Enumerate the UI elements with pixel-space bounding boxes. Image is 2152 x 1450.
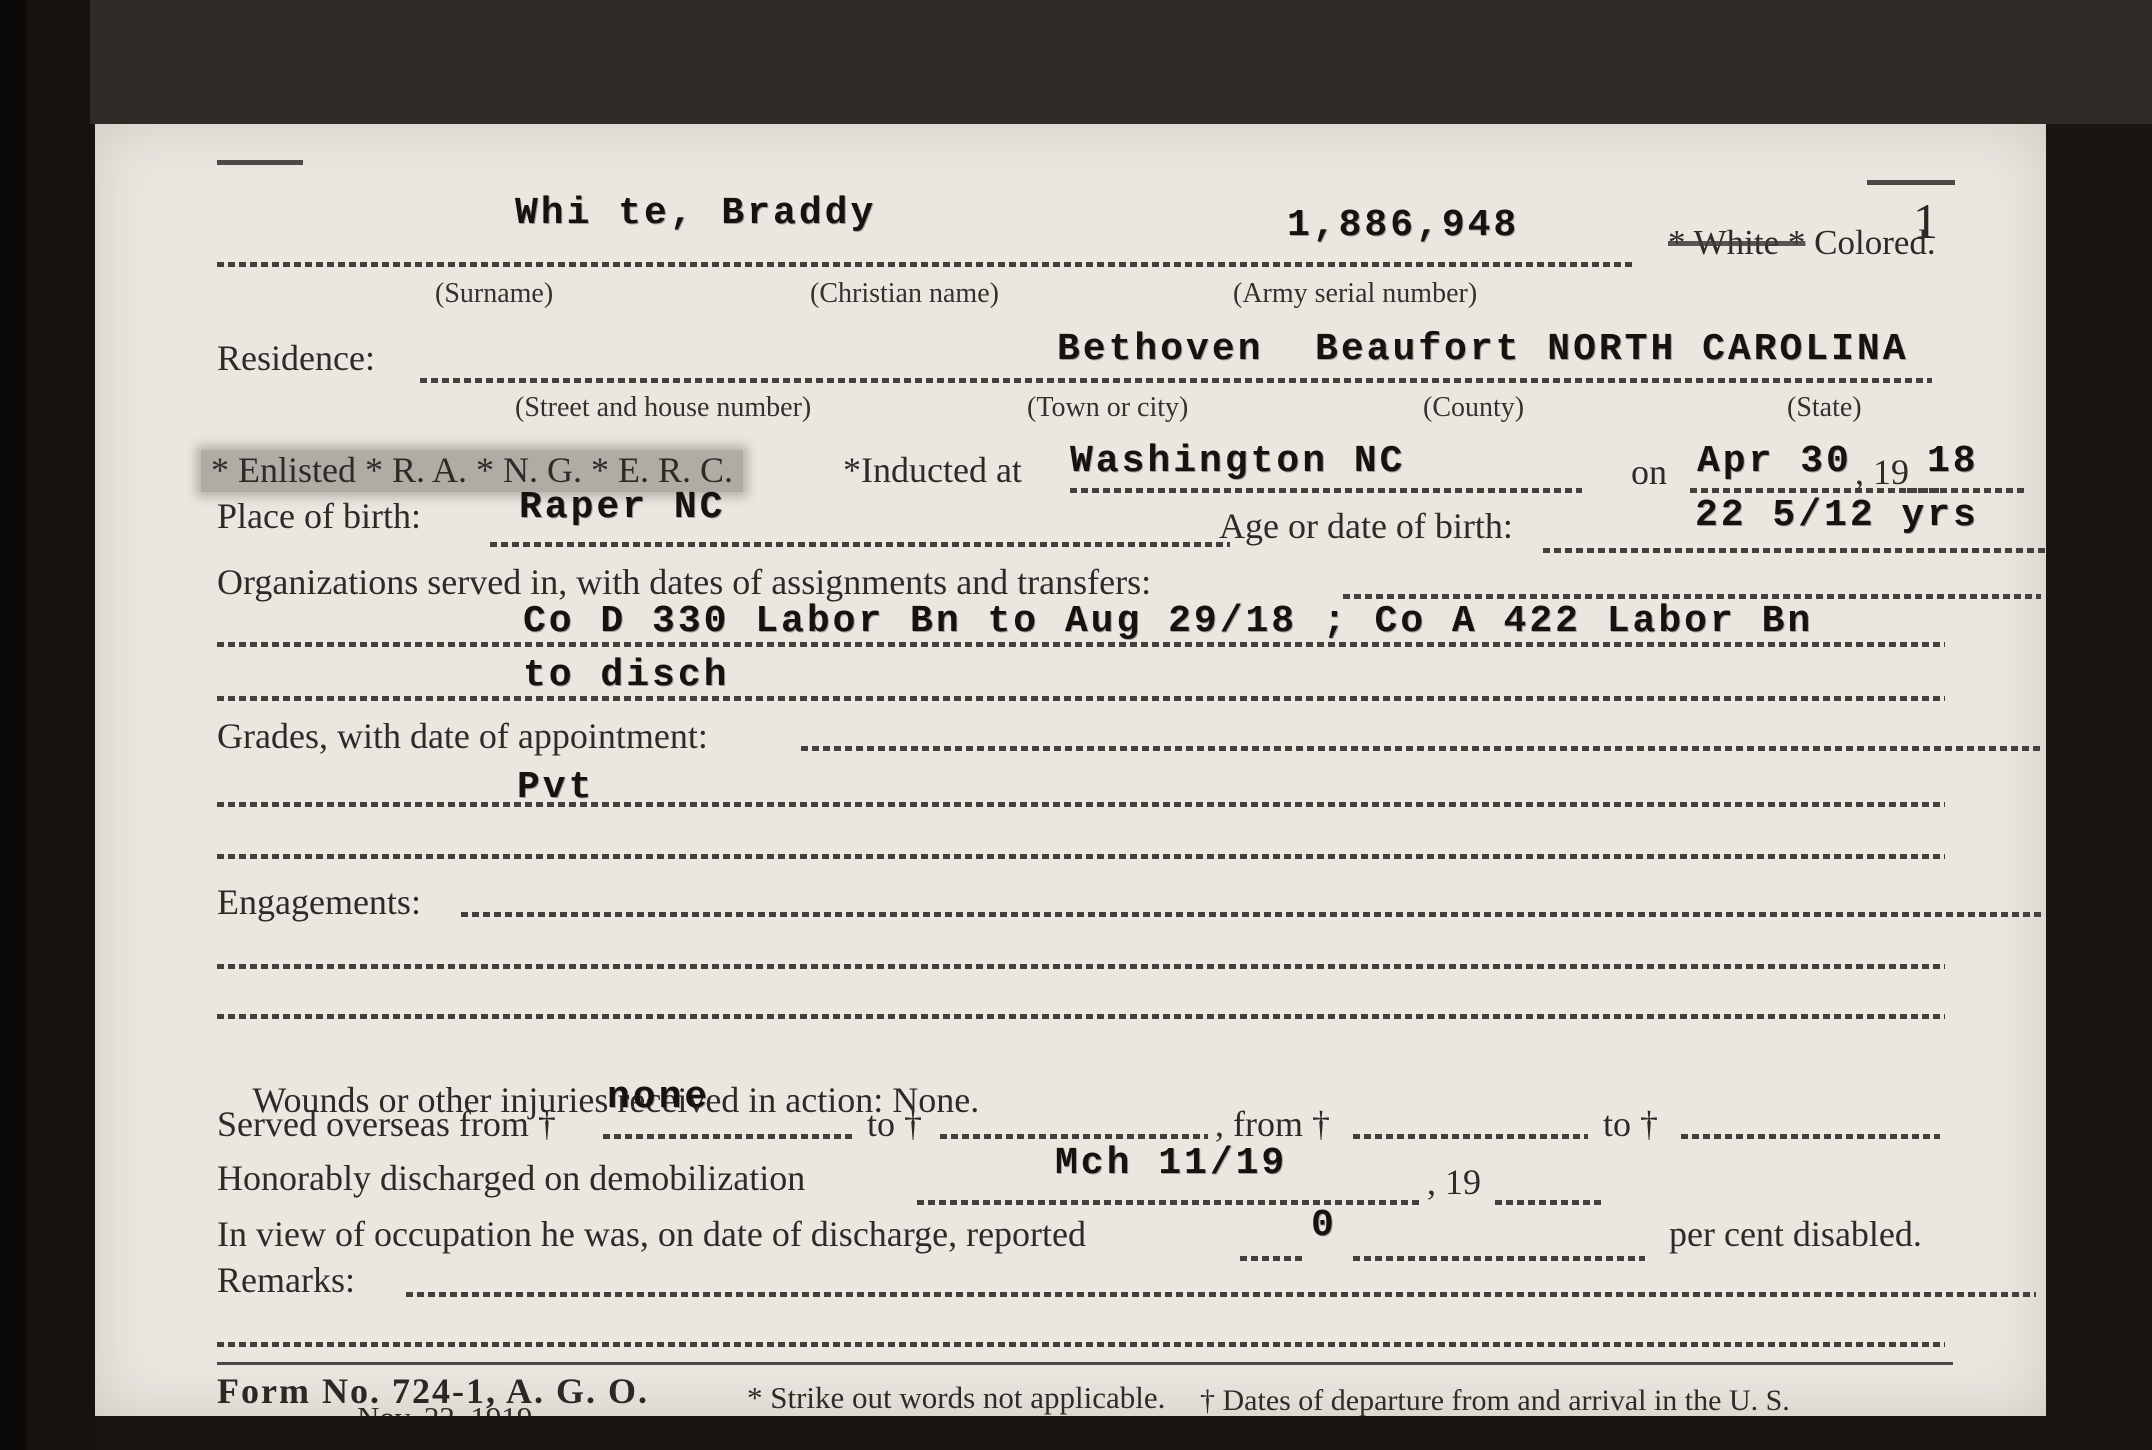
overseas-label-2: to † xyxy=(867,1106,922,1144)
remarks-line xyxy=(406,1292,2036,1297)
overseas-blank-4 xyxy=(1681,1134,1940,1139)
discharge-date-value: Mch 11/19 xyxy=(1055,1142,1287,1185)
disability-line-a xyxy=(1240,1256,1306,1261)
disability-line-b xyxy=(1353,1256,1645,1261)
organizations-label: Organizations served in, with dates of a… xyxy=(217,564,1151,602)
overseas-blank-1 xyxy=(603,1134,853,1139)
name-ruled-line xyxy=(217,262,1635,267)
remarks-label: Remarks: xyxy=(217,1262,355,1300)
name-value: Whi te, Braddy xyxy=(515,192,876,235)
footnote-strike-out: * Strike out words not applicable. xyxy=(747,1380,1165,1416)
residence-label: Residence: xyxy=(217,340,375,378)
residence-value: Bethoven Beaufort NORTH CAROLINA xyxy=(1057,328,1909,371)
engagements-rule-1 xyxy=(217,964,1945,969)
discharge-label: Honorably discharged on demobilization xyxy=(217,1160,805,1198)
race-line: * White * Colored. xyxy=(1633,188,1936,298)
induction-year-line xyxy=(1907,488,2027,493)
state-label: (State) xyxy=(1787,392,1862,424)
place-of-birth-line xyxy=(490,542,1230,547)
service-record-card: 1 Whi te, Braddy 1,886,948 (Surname) (Ch… xyxy=(95,124,2046,1416)
grades-rule-2 xyxy=(217,854,1945,859)
grades-rule-1 xyxy=(217,802,1945,807)
engagements-label: Engagements: xyxy=(217,884,421,922)
overseas-blank-3 xyxy=(1353,1134,1588,1139)
on-label: on xyxy=(1631,454,1667,492)
disability-label: In view of occupation he was, on date of… xyxy=(217,1216,1086,1254)
discharge-year-line xyxy=(1495,1200,1605,1205)
overseas-label-3: , from † xyxy=(1215,1106,1330,1144)
page-number-overline xyxy=(1867,180,1955,185)
footnote-dates: † Dates of departure from and arrival in… xyxy=(1200,1384,1790,1416)
street-label: (Street and house number) xyxy=(515,392,811,424)
serial-value: 1,886,948 xyxy=(1287,204,1519,247)
organizations-label-line xyxy=(1343,594,2041,599)
discharge-line xyxy=(917,1200,1422,1205)
age-value: 22 5/12 yrs xyxy=(1695,494,1979,537)
discharge-year-prefix: , 19 xyxy=(1427,1164,1481,1202)
overseas-label-1: Served overseas from † xyxy=(217,1106,556,1144)
grades-label-line xyxy=(801,746,2041,751)
christian-name-label: (Christian name) xyxy=(810,278,999,310)
form-date: Nov. 22, 1919 xyxy=(357,1400,532,1416)
inducted-at-label: *Inducted at xyxy=(843,452,1022,490)
engagements-label-line xyxy=(461,912,2041,917)
induction-place-line xyxy=(1070,488,1582,493)
overseas-typed-none: none xyxy=(607,1076,710,1119)
organizations-line1-value: Co D 330 Labor Bn to Aug 29/18 ; Co A 42… xyxy=(523,600,1813,643)
organizations-line2-value: to disch xyxy=(523,654,729,697)
scan-top-band xyxy=(90,0,2152,124)
bottom-dotted-rule xyxy=(217,1342,1945,1347)
residence-ruled-line xyxy=(420,378,1932,383)
place-of-birth-value: Raper NC xyxy=(519,486,725,529)
place-of-birth-label: Place of birth: xyxy=(217,498,421,536)
grades-label: Grades, with date of appointment: xyxy=(217,718,708,756)
disability-suffix: per cent disabled. xyxy=(1669,1216,1922,1254)
overseas-blank-2 xyxy=(940,1134,1208,1139)
induction-place-value: Washington NC xyxy=(1070,440,1405,483)
race-colored: Colored. xyxy=(1805,223,1935,262)
induction-year-value: 18 xyxy=(1927,440,1979,483)
year-prefix-label: , 19 xyxy=(1855,454,1909,492)
organizations-line1-rule xyxy=(217,642,1945,647)
disability-value: 0 xyxy=(1311,1204,1337,1247)
age-label: Age or date of birth: xyxy=(1219,508,1513,546)
serial-label: (Army serial number) xyxy=(1233,278,1477,310)
induction-date-value: Apr 30 xyxy=(1697,440,1852,483)
engagements-rule-2 xyxy=(217,1014,1945,1019)
overseas-label-4: to † xyxy=(1603,1106,1658,1144)
organizations-line2-rule xyxy=(217,696,1945,701)
bottom-solid-rule xyxy=(217,1362,1953,1365)
county-label: (County) xyxy=(1423,392,1524,424)
top-left-dash xyxy=(217,160,303,165)
surname-label: (Surname) xyxy=(435,278,553,310)
scan-left-edge xyxy=(0,0,95,1450)
race-white-struck: * White * xyxy=(1668,223,1805,262)
age-line xyxy=(1543,548,2046,553)
town-label: (Town or city) xyxy=(1027,392,1188,424)
